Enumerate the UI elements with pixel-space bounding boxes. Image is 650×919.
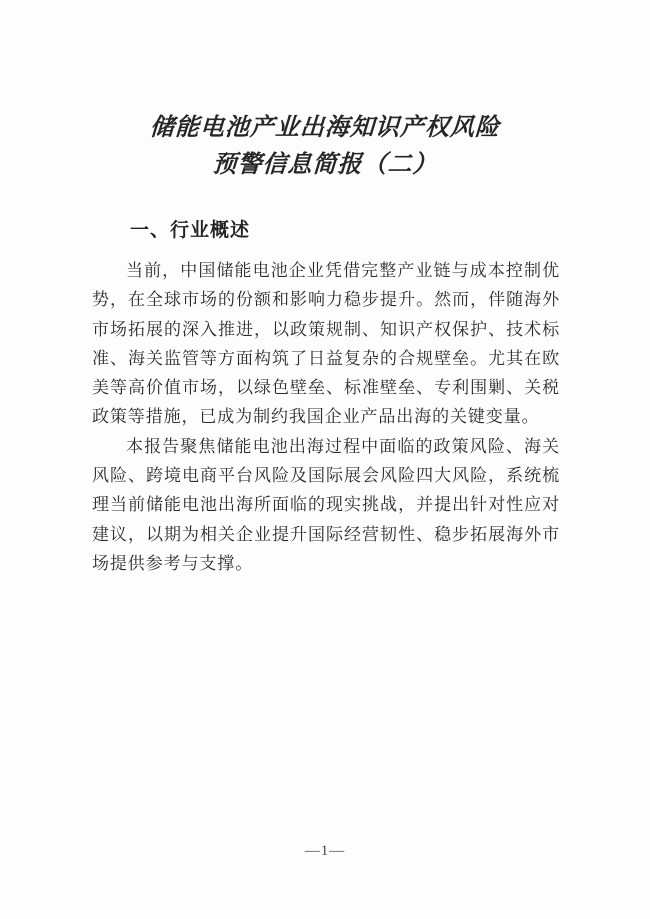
page-number: —1— [0, 843, 650, 860]
paragraph-industry-overview-2: 本报告聚焦储能电池出海过程中面临的政策风险、海关风险、跨境电商平台风险及国际展会… [92, 432, 560, 578]
paragraph-industry-overview-1: 当前，中国储能电池企业凭借完整产业链与成本控制优势，在全球市场的份额和影响力稳步… [92, 256, 560, 432]
document-title: 储能电池产业出海知识产权风险 预警信息简报（二） [0, 110, 650, 184]
document-page: 储能电池产业出海知识产权风险 预警信息简报（二） 一、行业概述 当前，中国储能电… [0, 0, 650, 919]
section-heading: 一、行业概述 [92, 218, 560, 244]
document-title-line1: 储能电池产业出海知识产权风险 [0, 110, 650, 147]
document-body: 一、行业概述 当前，中国储能电池企业凭借完整产业链与成本控制优势，在全球市场的份… [92, 218, 560, 578]
document-title-line2: 预警信息简报（二） [0, 147, 650, 184]
